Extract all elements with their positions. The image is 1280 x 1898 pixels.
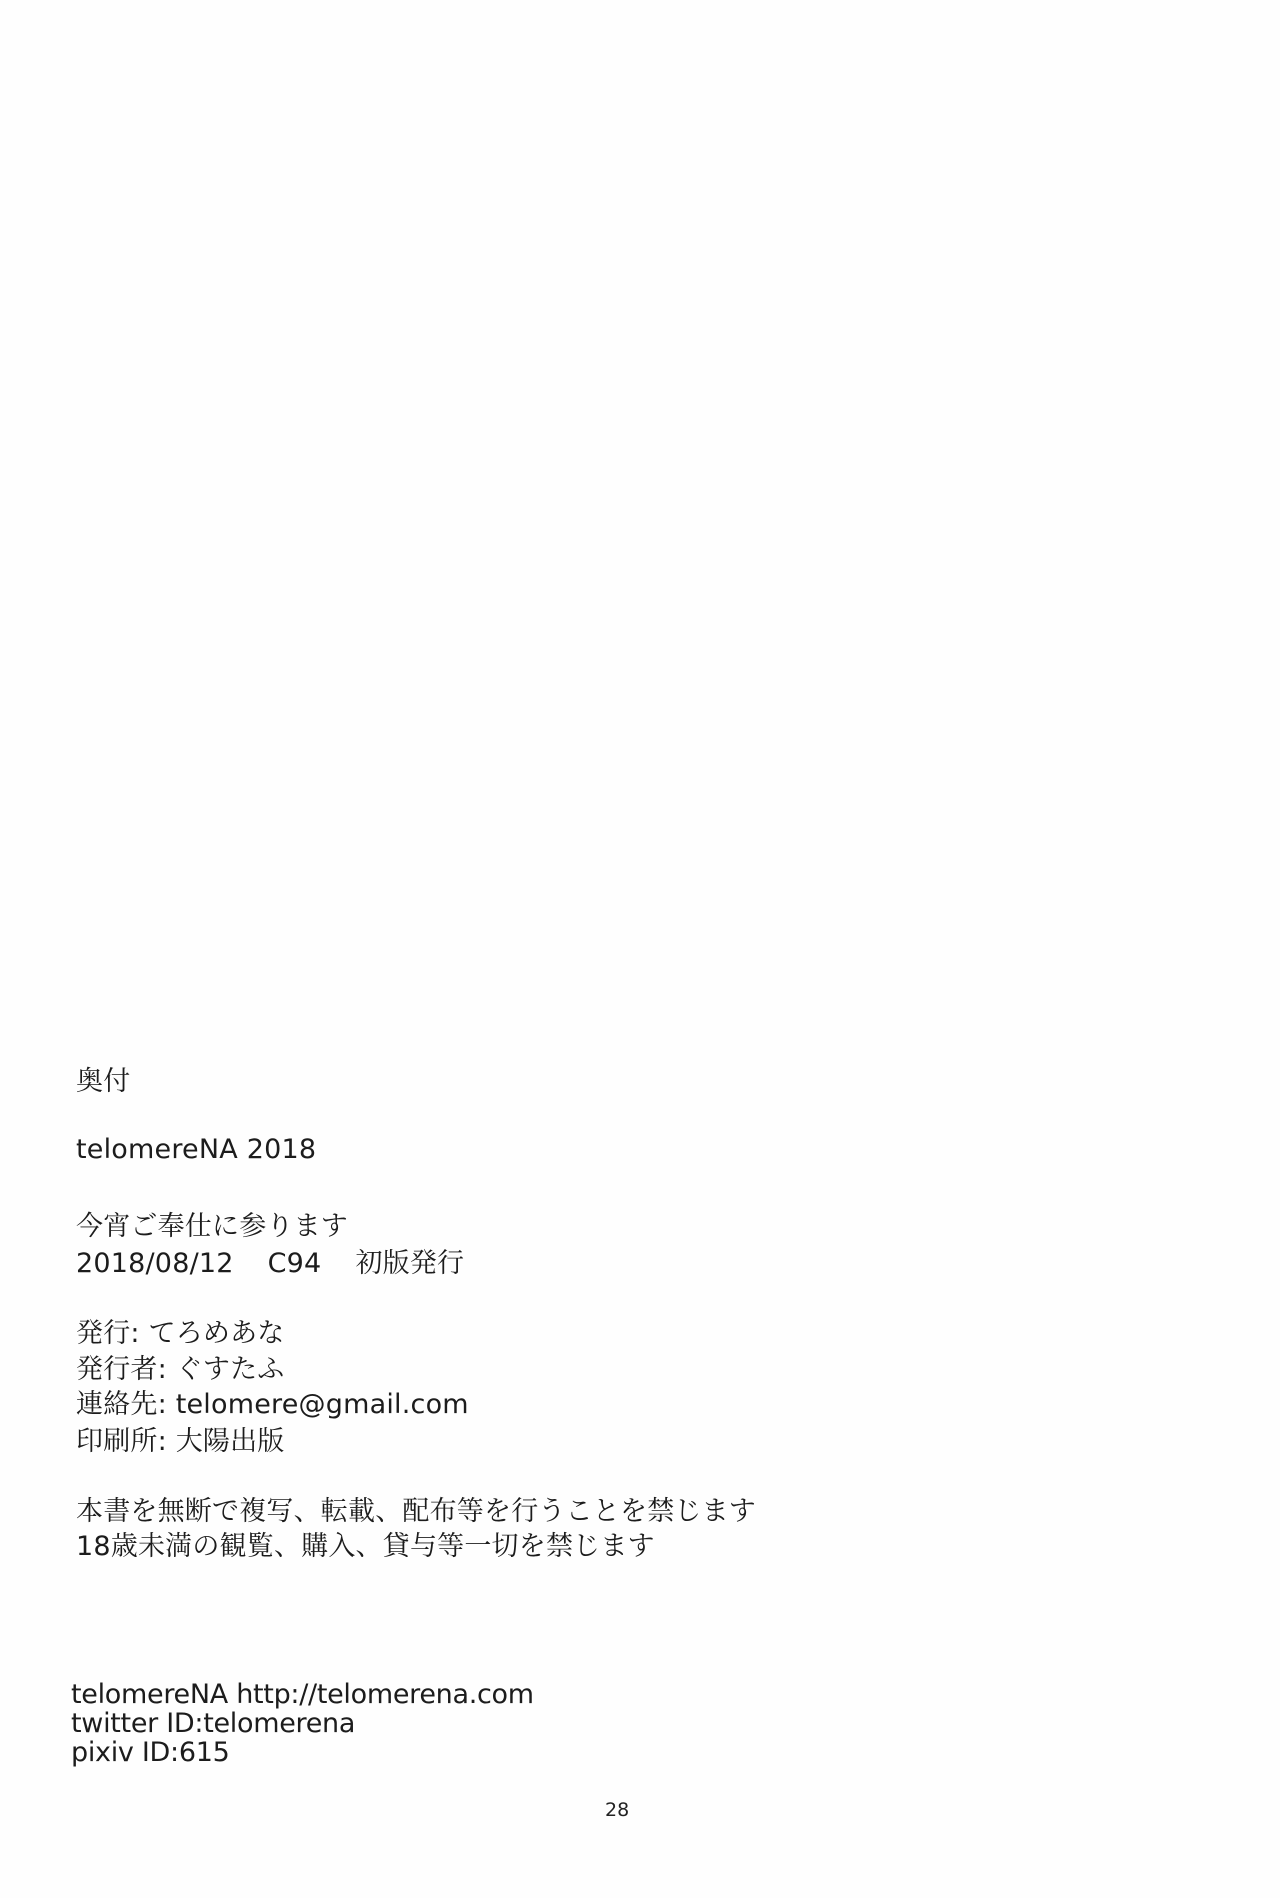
credit-value: ぐすたふ <box>176 1354 285 1385</box>
credit-contact: 連絡先: telomere@gmail.com <box>76 1389 469 1421</box>
release-edition: 初版発行 <box>355 1248 464 1279</box>
credit-label: 発行: <box>76 1318 140 1349</box>
credit-printer: 印刷所: 大陽出版 <box>76 1426 285 1458</box>
release-event: C94 <box>268 1248 322 1279</box>
colophon-page: 奥付 telomereNA 2018 今宵ご奉仕に参ります 2018/08/12… <box>0 0 1280 1898</box>
notice-copy-prohibited: 本書を無断で複写、転載、配布等を行うことを禁じます <box>76 1496 756 1528</box>
page-number: 28 <box>605 1798 629 1822</box>
credit-value-email: telomere@gmail.com <box>176 1389 469 1420</box>
release-date: 2018/08/12 <box>76 1248 234 1279</box>
release-info: 2018/08/12C94初版発行 <box>76 1248 464 1280</box>
credit-label: 発行者: <box>76 1354 167 1385</box>
book-title: 今宵ご奉仕に参ります <box>76 1211 348 1243</box>
credit-publisher: 発行: てろめあな <box>76 1318 285 1350</box>
notice-age-restriction: 18歳未満の観覧、購入、貸与等一切を禁じます <box>76 1531 655 1563</box>
credit-issuer: 発行者: ぐすたふ <box>76 1354 285 1386</box>
colophon-heading: 奥付 <box>76 1066 130 1098</box>
footer-twitter: twitter ID:telomerena <box>71 1709 355 1738</box>
credit-value: てろめあな <box>149 1318 285 1349</box>
circle-year: telomereNA 2018 <box>76 1134 316 1166</box>
credit-label: 印刷所: <box>76 1426 167 1457</box>
credit-label: 連絡先: <box>76 1389 167 1420</box>
footer-pixiv: pixiv ID:615 <box>71 1738 229 1767</box>
footer-website: telomereNA http://telomerena.com <box>71 1680 534 1709</box>
credit-value: 大陽出版 <box>176 1426 285 1457</box>
